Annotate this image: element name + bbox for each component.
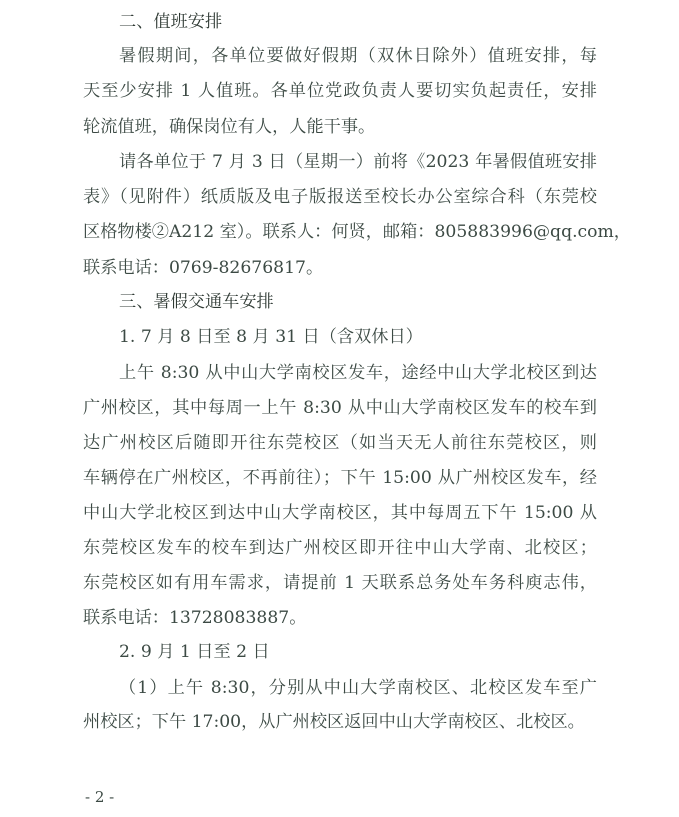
section-heading-duty: 二、值班安排 xyxy=(119,11,222,33)
paragraph-line-phone: 联系电话：0769-82676817。 xyxy=(83,257,597,279)
subsection-title: 2. 9 月 1 日至 2 日 xyxy=(119,641,597,663)
subsection-title: 1. 7 月 8 日至 8 月 31 日（含双休日） xyxy=(119,326,597,348)
paragraph-line: 轮流值班，确保岗位有人，人能干事。 xyxy=(83,116,597,138)
paragraph-line: 上午 8:30 从中山大学南校区发车，途经中山大学北校区到达 xyxy=(119,362,597,384)
paragraph-line: 州校区；下午 17:00，从广州校区返回中山大学南校区、北校区。 xyxy=(83,711,597,733)
paragraph-line: 表》（见附件）纸质版及电子版报送至校长办公室综合科（东莞校 xyxy=(83,186,597,208)
page-number: - 2 - xyxy=(85,787,114,807)
paragraph-line-phone: 联系电话：13728083887。 xyxy=(83,607,597,629)
paragraph-line: （1）上午 8:30，分别从中山大学南校区、北校区发车至广 xyxy=(119,677,597,699)
paragraph-line: 请各单位于 7 月 3 日（星期一）前将《2023 年暑假值班安排 xyxy=(119,151,597,173)
paragraph-line: 中山大学北校区到达中山大学南校区，其中每周五下午 15:00 从 xyxy=(83,502,597,524)
paragraph-line: 车辆停在广州校区，不再前往）；下午 15:00 从广州校区发车，经 xyxy=(83,467,597,489)
paragraph-line: 天至少安排 1 人值班。各单位党政负责人要切实负起责任，安排 xyxy=(83,80,597,102)
paragraph-line: 东莞校区如有用车需求，请提前 1 天联系总务处车务科庾志伟， xyxy=(83,572,597,594)
section-heading-shuttle: 三、暑假交通车安排 xyxy=(119,291,274,313)
paragraph-line: 广州校区，其中每周一上午 8:30 从中山大学南校区发车的校车到 xyxy=(83,397,597,419)
paragraph-line: 暑假期间，各单位要做好假期（双休日除外）值班安排，每 xyxy=(119,45,597,67)
paragraph-line: 达广州校区后随即开往东莞校区（如当天无人前往东莞校区，则 xyxy=(83,432,597,454)
paragraph-line: 东莞校区发车的校车到达广州校区即开往中山大学南、北校区； xyxy=(83,537,597,559)
paragraph-line-contact: 区格物楼②A212 室）。联系人：何贤，邮箱：805883996@qq.com， xyxy=(83,221,597,243)
